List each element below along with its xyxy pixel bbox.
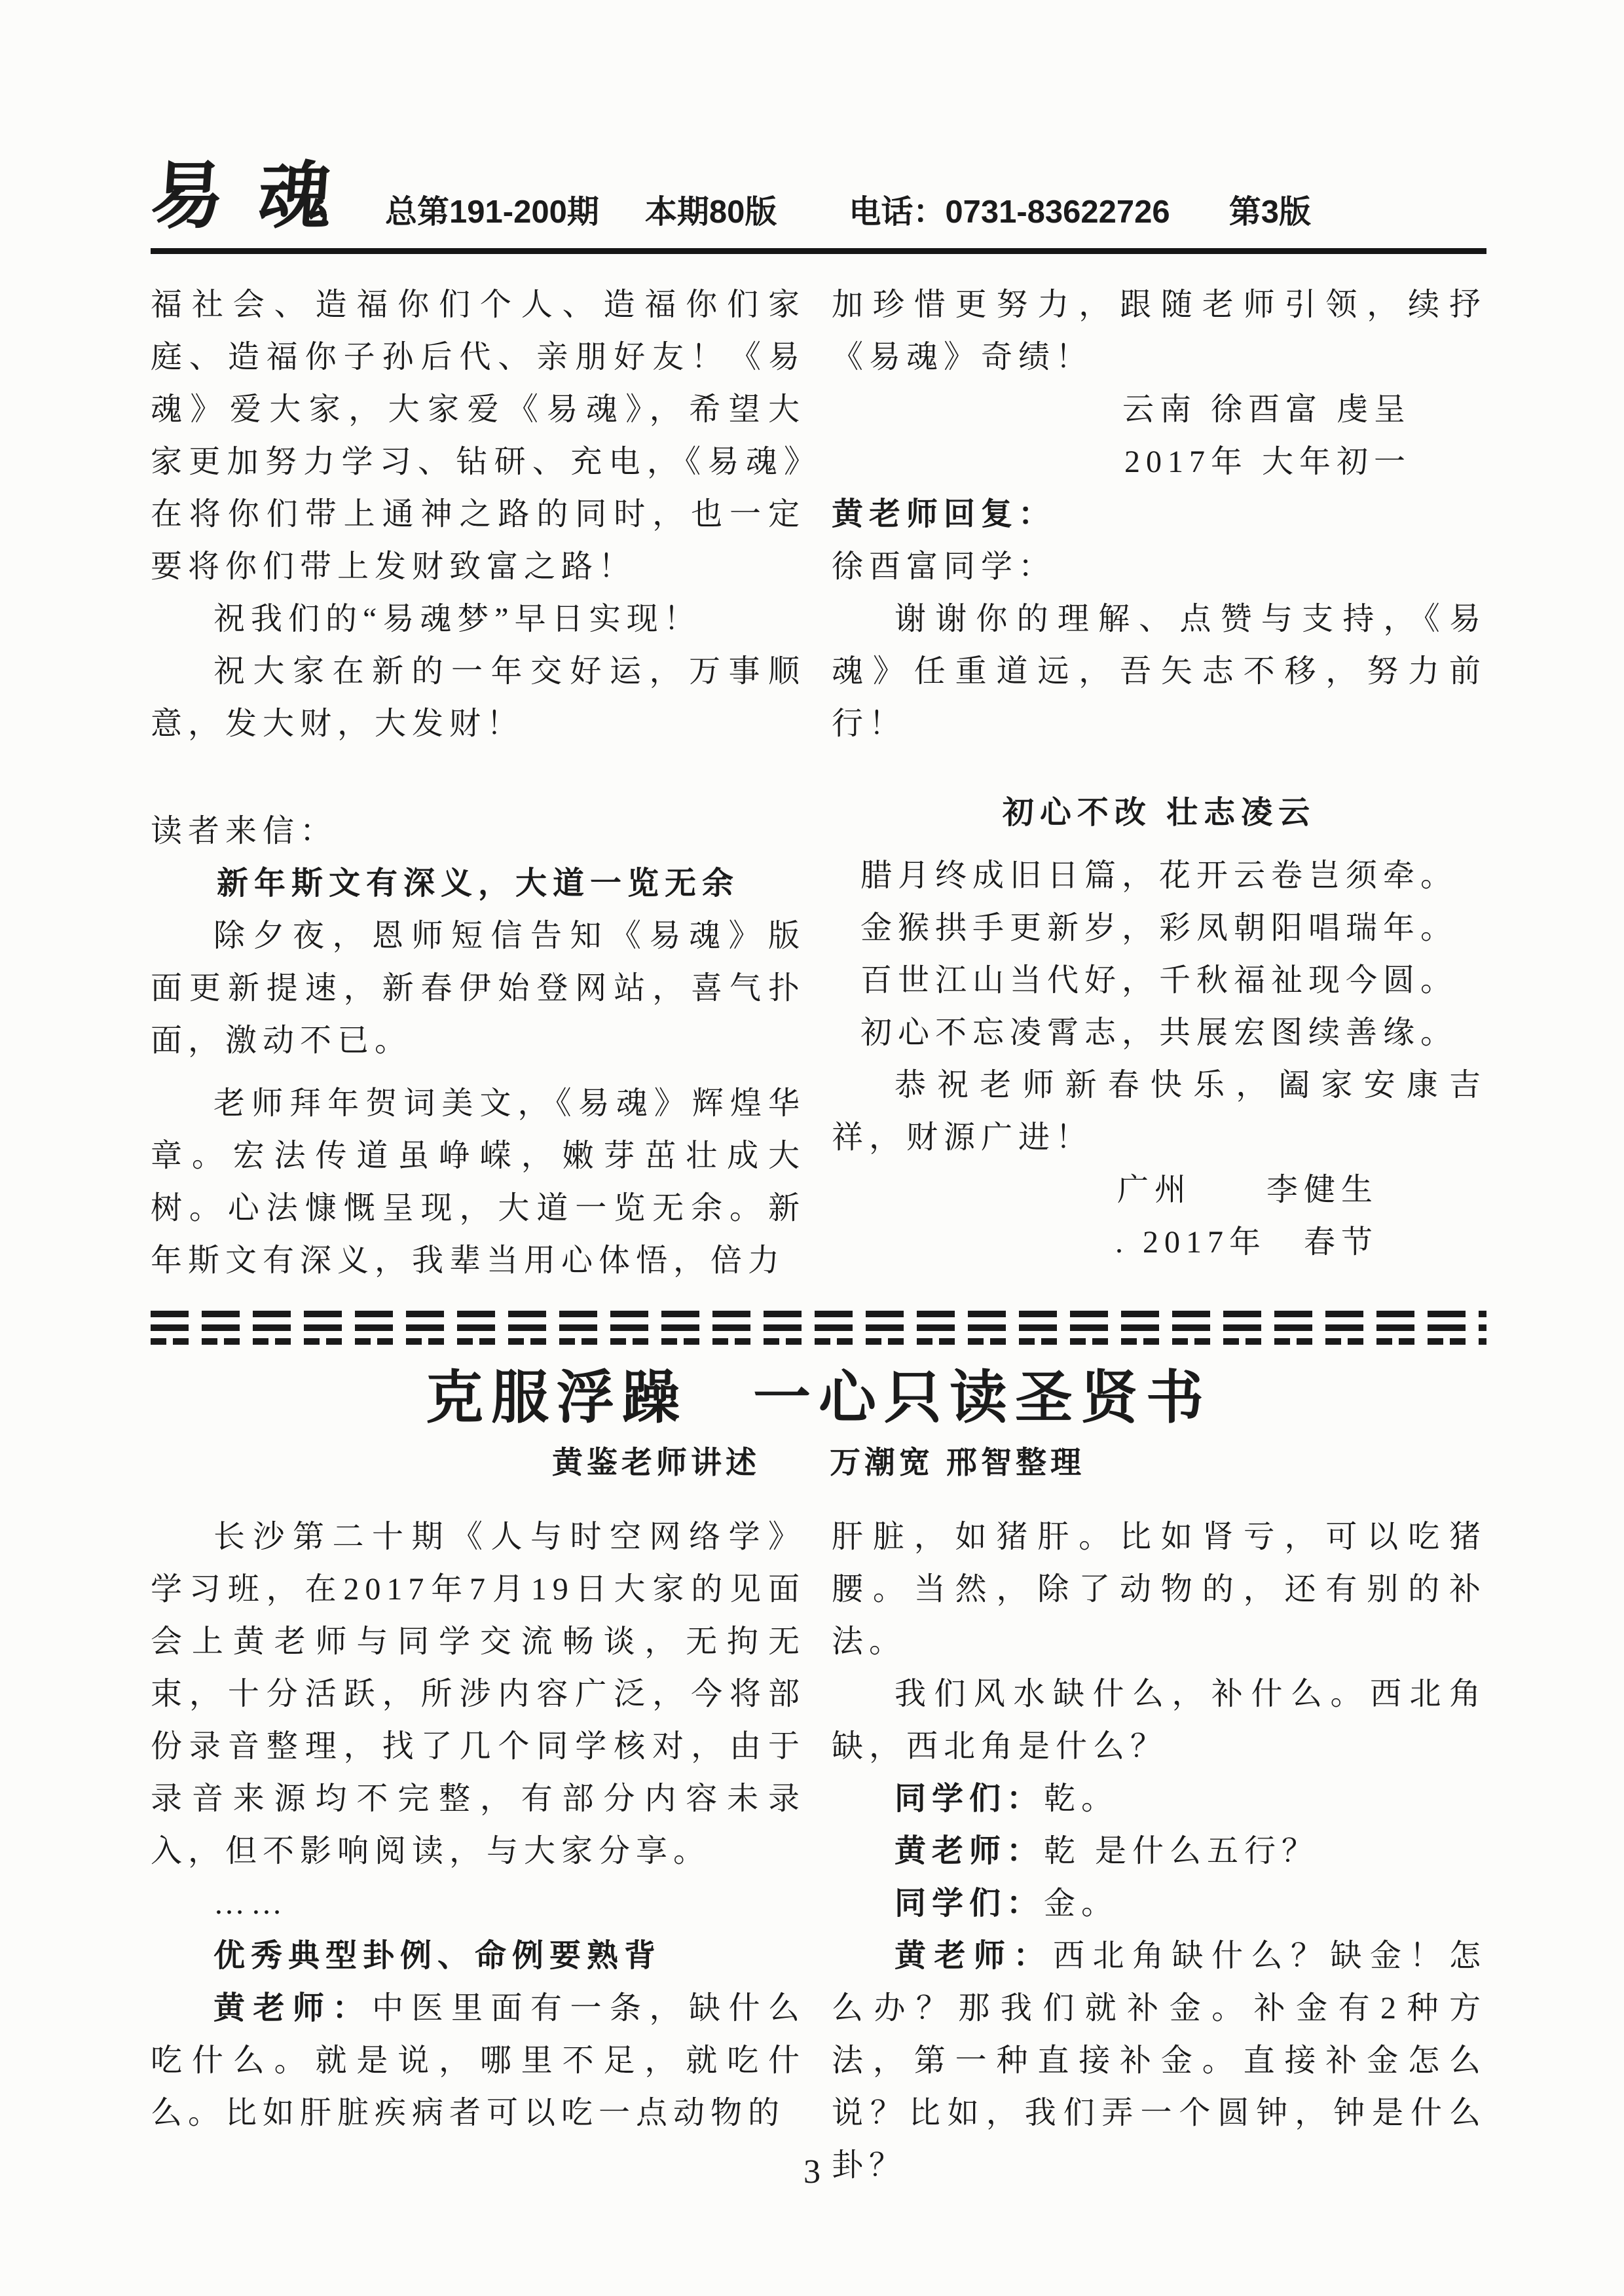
phone-label: 电话：0731-83622726 [849,196,1170,228]
article-paragraph: 我们风水缺什么，补什么。西北角缺，西北角是什么？ [832,1668,1486,1773]
ellipsis-line: …… [151,1878,805,1930]
letter-section: 福社会、造福你们个人、造福你们家庭、造福你子孙后代、亲朋好友！《易魂》爱大家，大… [151,279,1486,1287]
article-paragraph: 肝脏，如猪肝。比如肾亏，可以吃猪腰。当然，除了动物的，还有别的补法。 [832,1511,1486,1668]
masthead-rule [151,248,1486,254]
speaker-label: 黄老师： [895,1834,1044,1868]
poem-line: 初心不忘凌霄志，共展宏图续善缘。 [832,1007,1486,1059]
dialogue-line: 同学们：乾。 [832,1773,1486,1825]
reply-label: 黄老师回复： [832,488,1486,541]
article-paragraph: 长沙第二十期《人与时空网络学》学习班，在2017年7月19日大家的见面会上黄老师… [151,1511,805,1878]
issue-label: 总第191-200期 [385,196,599,228]
article-left-column: 长沙第二十期《人与时空网络学》学习班，在2017年7月19日大家的见面会上黄老师… [151,1511,805,2192]
article-right-column: 肝脏，如猪肝。比如肾亏，可以吃猪腰。当然，除了动物的，还有别的补法。 我们风水缺… [832,1511,1486,2192]
letter-paragraph: 老师拜年贺词美文，《易魂》辉煌华章。宏法传道虽峥嵘，嫩芽茁壮成大树。心法慷慨呈现… [151,1078,805,1287]
newspaper-page: 易魂 总第191-200期 本期80版 电话：0731-83622726 第3版… [0,0,1624,2296]
signature-date: . 2017年 春节 [832,1216,1486,1269]
page-number: 3 [0,2153,1624,2191]
article-body: 长沙第二十期《人与时空网络学》学习班，在2017年7月19日大家的见面会上黄老师… [151,1511,1486,2192]
reply-paragraph: 恭祝老师新春快乐，阖家安康吉祥，财源广进！ [832,1059,1486,1164]
masthead: 易魂 总第191-200期 本期80版 电话：0731-83622726 第3版 [151,160,1486,234]
signature-date: 2017年 大年初一 [832,436,1486,488]
letter-paragraph: 祝我们的“易魂梦”早日实现！ [151,593,805,646]
dialogue-line: 黄老师：乾 是什么五行？ [832,1825,1486,1878]
article-byline: 黄鉴老师讲述 万潮宽 邢智整理 [151,1442,1486,1482]
speaker-label: 同学们： [895,1886,1044,1921]
reply-paragraph: 谢谢你的理解、点赞与支持，《易魂》任重道远，吾矢志不移，努力前行！ [832,593,1486,750]
letter-paragraph: 福社会、造福你们个人、造福你们家庭、造福你子孙后代、亲朋好友！《易魂》爱大家，大… [151,279,805,593]
speaker-label: 黄老师： [213,1991,372,2026]
letter-title: 新年斯文有深义，大道一览无余 [151,858,805,910]
speech-text: 金。 [1044,1886,1118,1921]
speech-text: 乾。 [1044,1781,1118,1816]
letter-paragraph: 加珍惜更努力，跟随老师引领，续抒《易魂》奇绩！ [832,279,1486,384]
speech-text: 乾 是什么五行？ [1044,1834,1319,1868]
article-subheading: 优秀典型卦例、命例要熟背 [151,1930,805,1982]
speaker-label: 黄老师： [895,1939,1053,1973]
edition-label: 本期80版 [645,196,777,228]
letter-paragraph: 除夕夜，恩师短信告知《易魂》版面更新提速，新春伊始登网站，喜气扑面，激动不已。 [151,910,805,1067]
poem-line: 金猴拱手更新岁，彩凤朝阳唱瑞年。 [832,902,1486,955]
trigram-divider [151,1311,1486,1345]
signature-place: 广州 李健生 [832,1164,1486,1216]
dialogue-line: 黄老师：中医里面有一条，缺什么吃什么。就是说，哪里不足，就吃什么。比如肝脏疾病者… [151,1982,805,2140]
poem-title: 初心不改 壮志凌云 [832,787,1486,839]
signature-place: 云南 徐酉富 虔呈 [832,384,1486,436]
reply-salutation: 徐酉富同学： [832,541,1486,593]
speech-text: 西北角缺什么？缺金！怎么办？那我们就补金。补金有2种方法，第一种直接补金。直接补… [832,1939,1486,2183]
article-title: 克服浮躁 一心只读圣贤书 [151,1364,1486,1430]
masthead-logo: 易魂 [148,160,368,234]
poem-line: 腊月终成旧日篇，花开云卷岂须牵。 [832,850,1486,902]
letter-paragraph: 祝大家在新的一年交好运，万事顺意，发大财，大发财！ [151,646,805,750]
letter-left-column: 福社会、造福你们个人、造福你们家庭、造福你子孙后代、亲朋好友！《易魂》爱大家，大… [151,279,805,1287]
dialogue-line: 同学们：金。 [832,1878,1486,1930]
page-label: 第3版 [1229,196,1311,228]
poem-line: 百世江山当代好，千秋福祉现今圆。 [832,955,1486,1007]
masthead-info: 总第191-200期 本期80版 电话：0731-83622726 第3版 [365,196,1311,234]
letter-right-column: 加珍惜更努力，跟随老师引领，续抒《易魂》奇绩！ 云南 徐酉富 虔呈 2017年 … [832,279,1486,1287]
speaker-label: 同学们： [895,1781,1044,1816]
reader-letter-label: 读者来信： [151,805,805,858]
